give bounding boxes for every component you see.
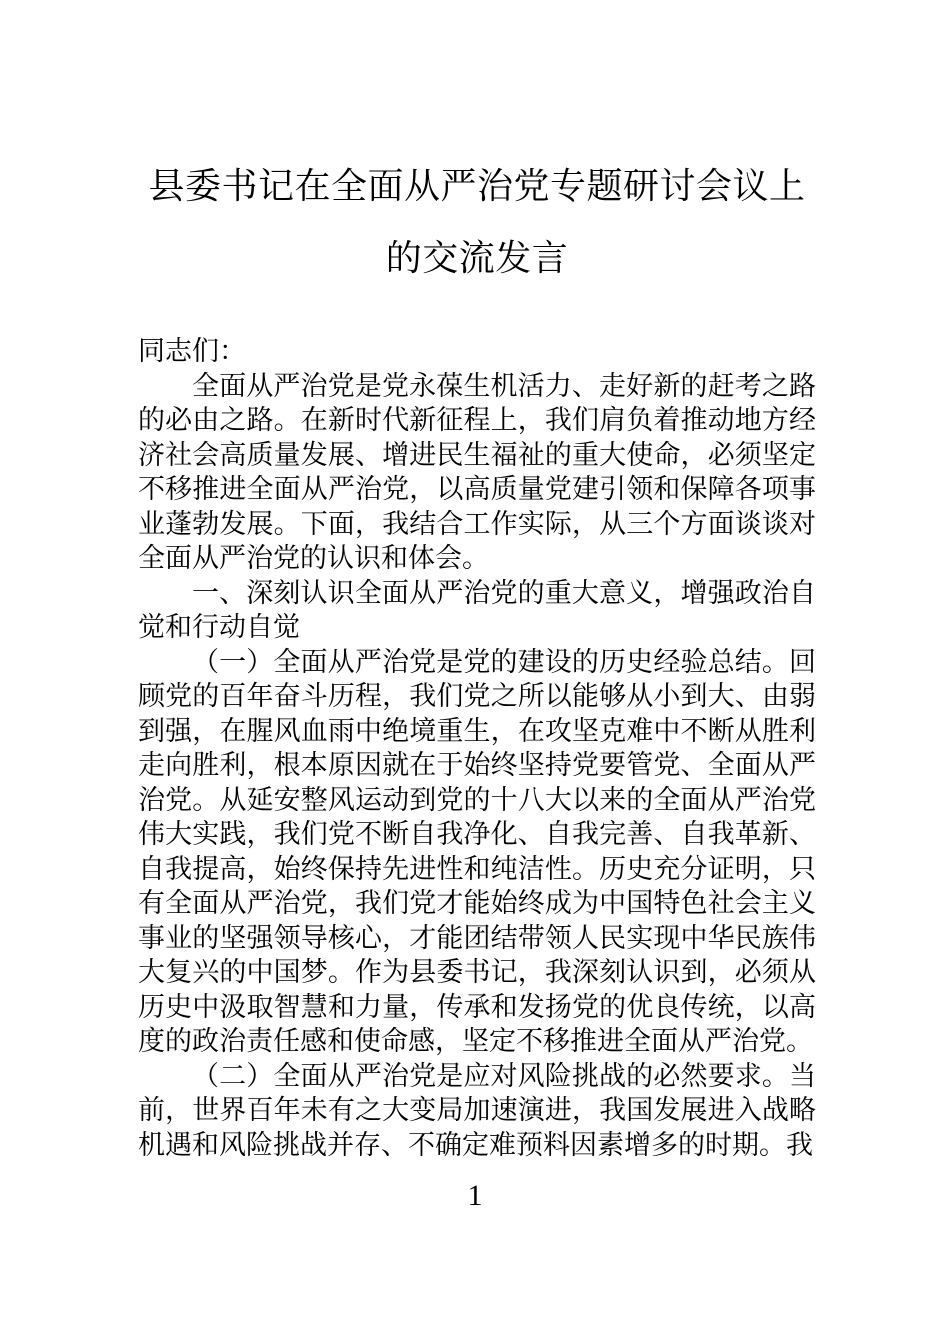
salutation: 同志们： xyxy=(138,334,816,369)
document-page: 县委书记在全面从严治党专题研讨会议上的交流发言 同志们：全面从严治党是党永葆生机… xyxy=(0,0,950,1344)
document-body: 同志们：全面从严治党是党永葆生机活力、走好新的赶考之路的必由之路。在新时代新征程… xyxy=(138,334,816,1162)
document-title: 县委书记在全面从严治党专题研讨会议上的交流发言 xyxy=(138,150,816,294)
intro-paragraph: 全面从严治党是党永葆生机活力、走好新的赶考之路的必由之路。在新时代新征程上，我们… xyxy=(138,369,816,576)
subsection-paragraph-2: （二）全面从严治党是应对风险挑战的必然要求。当前，世界百年未有之大变局加速演进，… xyxy=(138,1059,816,1163)
document-content: 县委书记在全面从严治党专题研讨会议上的交流发言 同志们：全面从严治党是党永葆生机… xyxy=(138,0,816,1162)
page-number: 1 xyxy=(0,1178,950,1214)
section-heading-1: 一、深刻认识全面从严治党的重大意义，增强政治自觉和行动自觉 xyxy=(138,576,816,645)
subsection-paragraph-1: （一）全面从严治党是党的建设的历史经验总结。回顾党的百年奋斗历程，我们党之所以能… xyxy=(138,645,816,1059)
